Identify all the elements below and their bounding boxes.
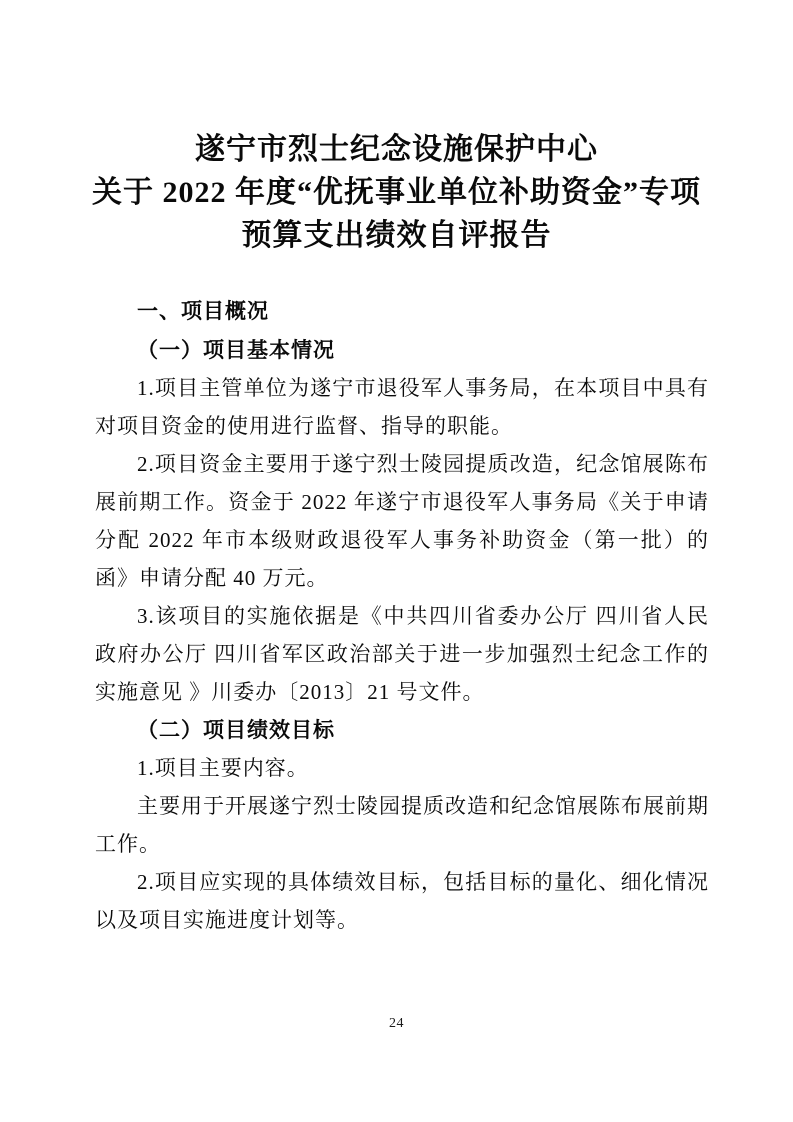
page-number: 24	[389, 1016, 404, 1031]
paragraph-fund-usage: 2.项目资金主要用于遂宁烈士陵园提质改造，纪念馆展陈布展前期工作。资金于 202…	[95, 445, 709, 597]
subsection-heading-basic-info: （一）项目基本情况	[95, 331, 709, 369]
document-body: 一、项目概况 （一）项目基本情况 1.项目主管单位为遂宁市退役军人事务局，在本项…	[95, 293, 709, 939]
paragraph-supervising-unit: 1.项目主管单位为遂宁市退役军人事务局，在本项目中具有对项目资金的使用进行监督、…	[95, 369, 709, 445]
paragraph-specific-goals: 2.项目应实现的具体绩效目标，包括目标的量化、细化情况以及项目实施进度计划等。	[95, 863, 709, 939]
title-line-1: 遂宁市烈士纪念设施保护中心	[70, 128, 723, 171]
document-title: 遂宁市烈士纪念设施保护中心 关于 2022 年度“优抚事业单位补助资金”专项 预…	[70, 128, 723, 257]
paragraph-implementation-basis: 3.该项目的实施依据是《中共四川省委办公厅 四川省人民政府办公厅 四川省军区政治…	[95, 597, 709, 711]
section-heading-project-overview: 一、项目概况	[95, 293, 709, 331]
paragraph-main-content-detail: 主要用于开展遂宁烈士陵园提质改造和纪念馆展陈布展前期工作。	[95, 787, 709, 863]
title-line-2: 关于 2022 年度“优抚事业单位补助资金”专项	[70, 171, 723, 214]
subsection-heading-performance-goals: （二）项目绩效目标	[95, 711, 709, 749]
page-footer: 24	[0, 1016, 793, 1032]
document-page: 遂宁市烈士纪念设施保护中心 关于 2022 年度“优抚事业单位补助资金”专项 预…	[0, 0, 793, 1122]
title-line-3: 预算支出绩效自评报告	[70, 214, 723, 257]
paragraph-main-content-label: 1.项目主要内容。	[95, 749, 709, 787]
